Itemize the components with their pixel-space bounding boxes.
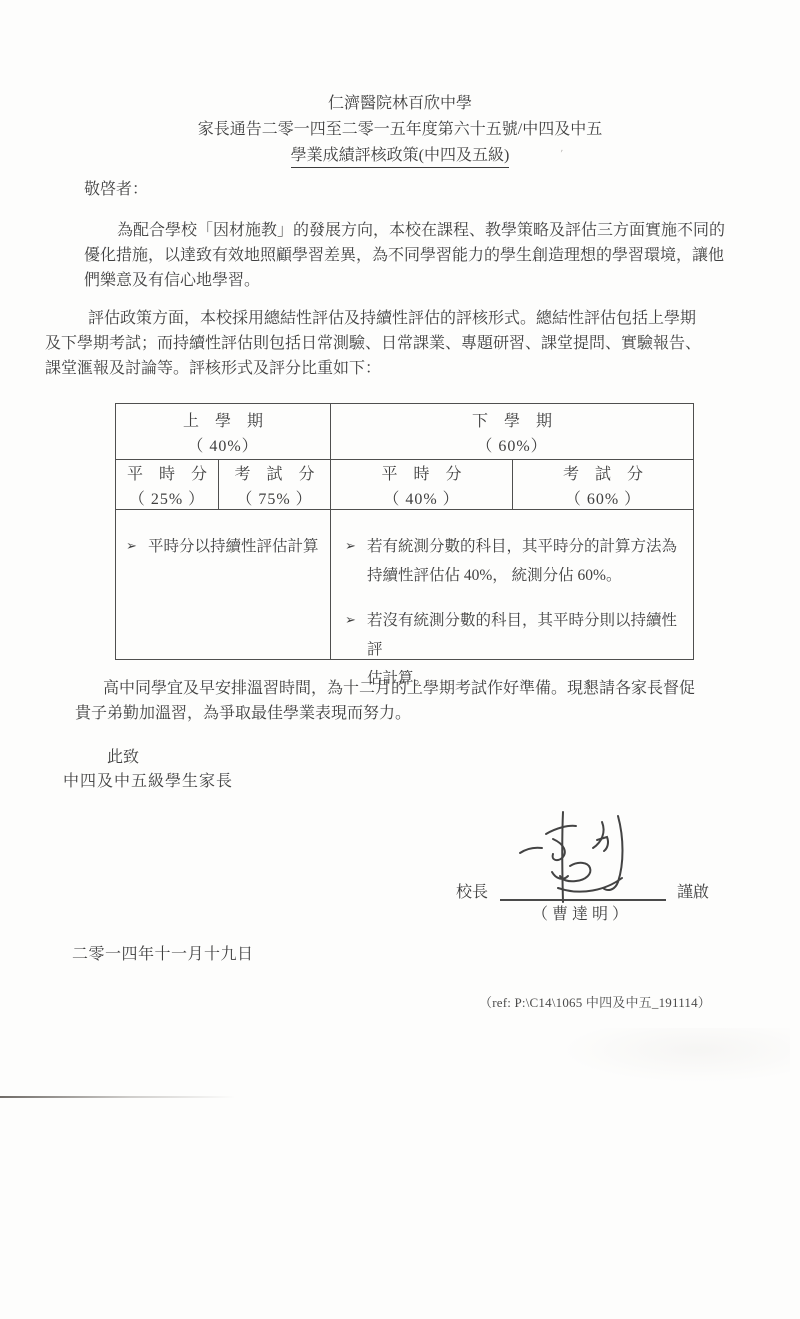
term2-note2-line1: 若沒有統測分數的科目，其平時分則以持續性評 xyxy=(367,606,685,664)
term2-note1-line1: 若有統測分數的科目，其平時分的計算方法為 xyxy=(367,532,685,561)
subject-underlined-text: 學業成績評核政策(中四及五級) xyxy=(291,146,510,168)
paragraph2-line3: 課堂滙報及討論等。評核形式及評分比重如下： xyxy=(45,359,381,379)
paragraph1-line3: 們樂意及有信心地學習。 xyxy=(84,271,260,291)
term1-note-text: 平時分以持續性評估計算 xyxy=(148,532,322,561)
signature-suffix: 謹啟 xyxy=(677,883,709,903)
term2-exam-cell: 考 試 分 （ 60% ） xyxy=(513,460,693,510)
first-term-weight: （ 40%） xyxy=(187,433,258,456)
assessment-table: 上 學 期 （ 40%） 下 學 期 （ 60%） 平 時 分 （ 25% ） … xyxy=(115,403,694,660)
arrow-bullet-icon: ➢ xyxy=(126,532,137,561)
term2-exam-weight: （ 60% ） xyxy=(565,486,641,509)
term1-coursework-cell: 平 時 分 （ 25% ） xyxy=(116,460,219,510)
closing-salute: 此致 xyxy=(107,748,139,768)
signature-line xyxy=(500,899,666,901)
first-term-header-cell: 上 學 期 （ 40%） xyxy=(116,404,331,460)
notice-number-line: 家長通告二零一四至二零一五年度第六十五號/中四及中五 xyxy=(0,120,800,140)
paragraph3-line1: 高中同學宜及早安排溫習時間，為十二月的上學期考試作好準備。現懇請各家長督促 xyxy=(103,679,695,699)
subject-line: 學業成績評核政策(中四及五級) xyxy=(0,146,800,168)
paragraph2-line2: 及下學期考試；而持續性評估則包括日常測驗、日常課業、專題研習、課堂提問、實驗報告… xyxy=(45,334,701,354)
term1-exam-weight: （ 75% ） xyxy=(236,486,312,509)
second-term-label: 下 學 期 xyxy=(466,408,558,431)
term2-coursework-cell: 平 時 分 （ 40% ） xyxy=(331,460,513,510)
date-line: 二零一四年十一月十九日 xyxy=(72,945,254,965)
school-name: 仁濟醫院林百欣中學 xyxy=(0,94,800,114)
term1-exam-label: 考 試 分 xyxy=(228,461,320,484)
second-term-header-cell: 下 學 期 （ 60%） xyxy=(331,404,693,460)
term1-coursework-label: 平 時 分 xyxy=(121,461,213,484)
principal-name: （ 曹 達 明 ） xyxy=(532,905,628,925)
term2-coursework-weight: （ 40% ） xyxy=(383,486,459,509)
term2-exam-label: 考 試 分 xyxy=(557,461,649,484)
closing-recipients: 中四及中五級學生家長 xyxy=(63,772,233,792)
term2-note1-line2: 持續性評估佔 40%， 統測分佔 60%。 xyxy=(367,561,685,590)
term2-note-bullet-1: ➢ 若有統測分數的科目，其平時分的計算方法為 持續性評估佔 40%， 統測分佔 … xyxy=(345,532,685,590)
scanned-letter-page: 仁濟醫院林百欣中學 家長通告二零一四至二零一五年度第六十五號/中四及中五 學業成… xyxy=(0,0,800,1319)
paragraph2-line1: 評估政策方面，本校採用總結性評估及持續性評估的評核形式。總結性評估包括上學期 xyxy=(88,309,696,329)
reference-number: （ref: P:\C14\1065 中四及中五_191114） xyxy=(479,993,711,1013)
paragraph3-line2: 貴子弟勤加溫習，為爭取最佳學業表現而努力。 xyxy=(75,704,411,724)
arrow-bullet-icon: ➢ xyxy=(345,532,356,561)
paragraph1-line2: 優化措施，以達致有效地照顧學習差異，為不同學習能力的學生創造理想的學習環境，讓他 xyxy=(84,246,724,266)
first-term-label: 上 學 期 xyxy=(177,408,269,431)
scan-smudge xyxy=(560,1028,790,1083)
scan-artifact-line xyxy=(0,1096,235,1098)
term2-coursework-label: 平 時 分 xyxy=(375,461,467,484)
paragraph1-line1: 為配合學校「因材施教」的發展方向，本校在課程、教學策略及評估三方面實施不同的 xyxy=(117,221,725,241)
term1-coursework-weight: （ 25% ） xyxy=(129,486,205,509)
second-term-weight: （ 60%） xyxy=(476,433,547,456)
term2-note-cell: ➢ 若有統測分數的科目，其平時分的計算方法為 持續性評估佔 40%， 統測分佔 … xyxy=(331,510,693,659)
term1-note-bullet: ➢ 平時分以持續性評估計算 xyxy=(126,532,322,561)
principal-signature-image xyxy=(496,806,656,906)
salutation: 敬啓者： xyxy=(84,180,148,200)
term1-note-cell: ➢ 平時分以持續性評估計算 xyxy=(116,510,331,659)
term1-exam-cell: 考 試 分 （ 75% ） xyxy=(219,460,331,510)
arrow-bullet-icon: ➢ xyxy=(345,606,356,635)
principal-role-label: 校長 xyxy=(456,883,488,903)
